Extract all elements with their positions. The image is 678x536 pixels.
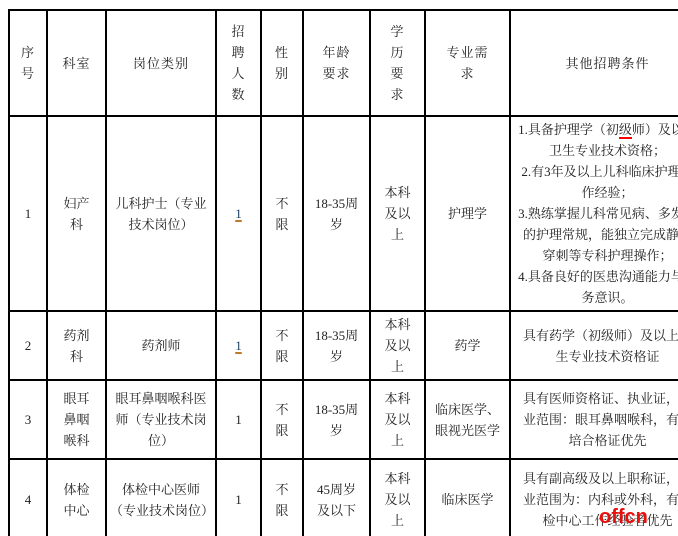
cell-gender: 不限 bbox=[261, 459, 303, 536]
cell-education: 本科及以上 bbox=[370, 459, 425, 536]
cell-position: 眼耳鼻咽喉科医师（专业技术岗位） bbox=[106, 380, 216, 459]
cell-serial-number: 2 bbox=[9, 311, 47, 380]
cell-major: 护理学 bbox=[425, 116, 510, 311]
cell-serial-number: 3 bbox=[9, 380, 47, 459]
header-age-requirement: 年龄要求 bbox=[303, 10, 370, 116]
cell-age: 18-35周岁 bbox=[303, 380, 370, 459]
cell-major: 药学 bbox=[425, 311, 510, 380]
table-row: 4 体检中心 体检中心医师（专业技术岗位） 1 不限 45周岁及以下 本科及以上… bbox=[9, 459, 678, 536]
header-major-requirement: 专业需求 bbox=[425, 10, 510, 116]
cell-education: 本科及以上 bbox=[370, 311, 425, 380]
header-position-category: 岗位类别 bbox=[106, 10, 216, 116]
cell-major: 临床医学、眼视光医学 bbox=[425, 380, 510, 459]
table-row: 3 眼耳鼻咽喉科 眼耳鼻咽喉科医师（专业技术岗位） 1 不限 18-35周岁 本… bbox=[9, 380, 678, 459]
header-gender: 性别 bbox=[261, 10, 303, 116]
cell-position: 药剂师 bbox=[106, 311, 216, 380]
cell-position: 儿科护士（专业技术岗位） bbox=[106, 116, 216, 311]
table-row: 2 药剂科 药剂师 1 不限 18-35周岁 本科及以上 药学 具有药学（初级师… bbox=[9, 311, 678, 380]
cell-serial-number: 4 bbox=[9, 459, 47, 536]
header-education-requirement: 学历要求 bbox=[370, 10, 425, 116]
recruitment-table: 序号 科室 岗位类别 招聘人数 性别 年龄要求 学历要求 专业需求 其他招聘条件… bbox=[8, 9, 678, 536]
cell-position: 体检中心医师（专业技术岗位） bbox=[106, 459, 216, 536]
cell-education: 本科及以上 bbox=[370, 116, 425, 311]
cell-recruit-count: 1 bbox=[216, 380, 261, 459]
cell-conditions: 具有药学（初级师）及以上卫生专业技术资格证 bbox=[510, 311, 678, 380]
cell-conditions: 具有医师资格证、执业证，执业范围：眼耳鼻咽喉科，有规培合格证优先 bbox=[510, 380, 678, 459]
header-serial-number: 序号 bbox=[9, 10, 47, 116]
table-header-row: 序号 科室 岗位类别 招聘人数 性别 年龄要求 学历要求 专业需求 其他招聘条件 bbox=[9, 10, 678, 116]
table-row: 1 妇产科 儿科护士（专业技术岗位） 1 不限 18-35周岁 本科及以上 护理… bbox=[9, 116, 678, 311]
cell-department: 体检中心 bbox=[47, 459, 106, 536]
red-proof-mark: 级 bbox=[619, 122, 632, 139]
cell-recruit-count: 1 bbox=[216, 459, 261, 536]
header-department: 科室 bbox=[47, 10, 106, 116]
cell-age: 18-35周岁 bbox=[303, 116, 370, 311]
cell-gender: 不限 bbox=[261, 380, 303, 459]
cell-major: 临床医学 bbox=[425, 459, 510, 536]
cell-department: 药剂科 bbox=[47, 311, 106, 380]
header-other-conditions: 其他招聘条件 bbox=[510, 10, 678, 116]
offcn-watermark: offcn bbox=[599, 506, 648, 528]
cell-gender: 不限 bbox=[261, 116, 303, 311]
cell-gender: 不限 bbox=[261, 311, 303, 380]
cell-conditions: 具有副高级及以上职称证，执业范围为：内科或外科，有体检中心工作经验者优先 bbox=[510, 459, 678, 536]
cell-recruit-count: 1 bbox=[216, 116, 261, 311]
cell-serial-number: 1 bbox=[9, 116, 47, 311]
cell-conditions: 1.具备护理学（初级师）及以上卫生专业技术资格；2.有3年及以上儿科临床护理工作… bbox=[510, 116, 678, 311]
header-recruit-count: 招聘人数 bbox=[216, 10, 261, 116]
cell-department: 眼耳鼻咽喉科 bbox=[47, 380, 106, 459]
cell-education: 本科及以上 bbox=[370, 380, 425, 459]
cell-age: 45周岁及以下 bbox=[303, 459, 370, 536]
cell-recruit-count: 1 bbox=[216, 311, 261, 380]
cell-department: 妇产科 bbox=[47, 116, 106, 311]
cell-age: 18-35周岁 bbox=[303, 311, 370, 380]
